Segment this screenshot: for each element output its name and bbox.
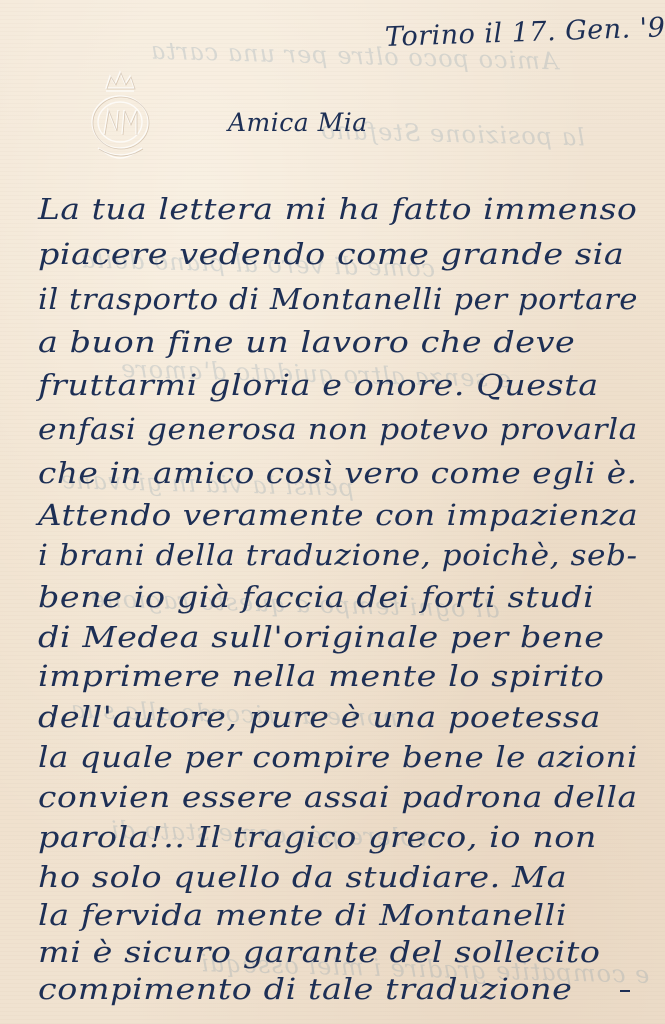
letter-line: i brani della traduzione, poichè, seb- [38, 538, 638, 572]
letter-line: imprimere nella mente lo spirito [38, 659, 604, 693]
letter-line: piacere vedendo come grande sia [38, 237, 624, 271]
letter-line: convien essere assai padrona della [38, 780, 638, 814]
letter-line: la quale per compire bene le azioni [38, 740, 638, 774]
letter-dateline: Torino il 17. Gen. '96 [384, 12, 665, 53]
crowned-monogram-emblem-icon [84, 66, 156, 166]
letter-line: parola!.. Il tragico greco, io non [38, 820, 597, 854]
letter-line: ho solo quello da studiare. Ma [38, 860, 567, 894]
letter-salutation: Amica Mia [228, 108, 368, 137]
letter-line: che in amico così vero come egli è. [38, 456, 638, 490]
letter-line: dell'autore, pure è una poetessa [38, 700, 601, 734]
letter-line: enfasi generosa non potevo provarla [38, 412, 638, 446]
letter-line: fruttarmi gloria e onore. Questa [38, 368, 599, 402]
letter-line: il trasporto di Montanelli per portare [38, 282, 638, 316]
letter-page: Amico poco oltre per una carta la posizi… [0, 0, 665, 1024]
letter-line: La tua lettera mi ha fatto immenso [38, 192, 637, 226]
letter-line: compimento di tale traduzione [38, 972, 572, 1006]
letter-line: mi è sicuro garante del sollecito [38, 935, 600, 969]
letter-line: la fervida mente di Montanelli [38, 898, 567, 932]
letter-line: a buon fine un lavoro che deve [38, 325, 575, 359]
closing-dash [620, 990, 630, 992]
letter-line: Attendo veramente con impazienza [38, 498, 638, 532]
letter-line: bene io già faccia dei forti studi [38, 580, 594, 614]
letter-line: di Medea sull'originale per bene [38, 620, 605, 654]
